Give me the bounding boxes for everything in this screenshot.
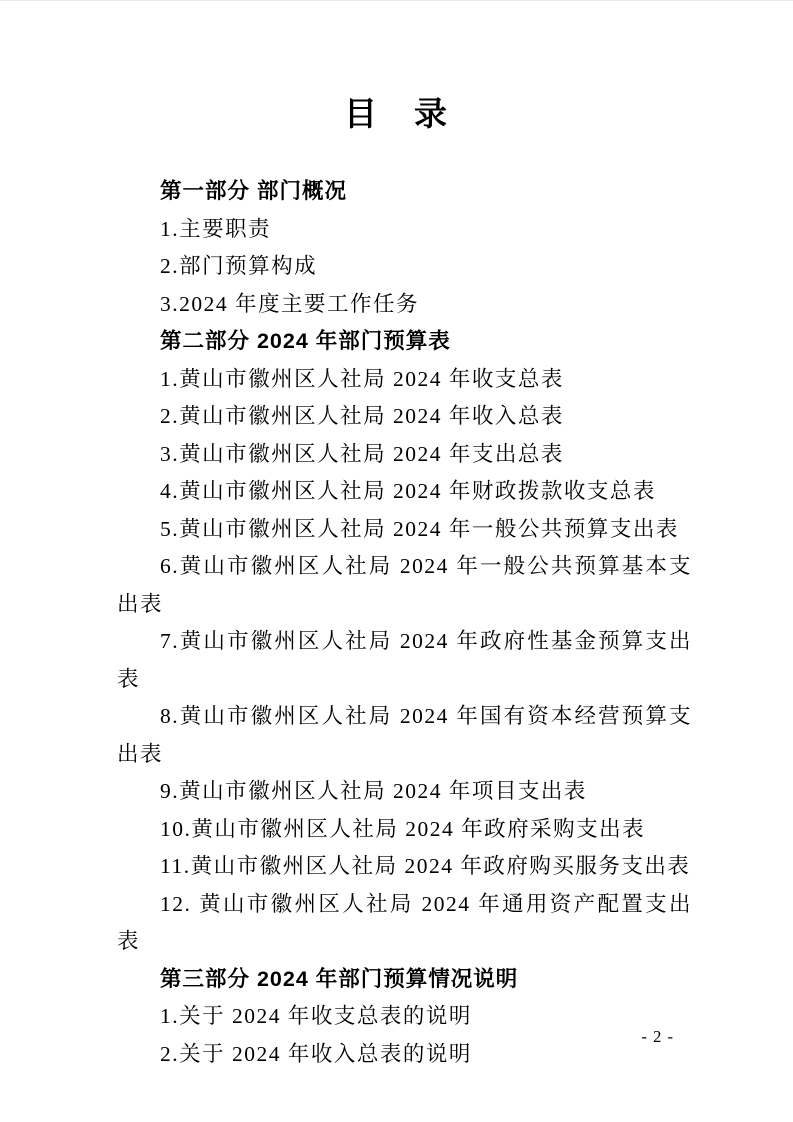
page-number: - 2 -: [642, 1026, 675, 1048]
toc-entry: 1.主要职责: [117, 211, 692, 249]
toc-entry: 10.黄山市徽州区人社局 2024 年政府采购支出表: [117, 811, 692, 849]
toc-entry: 4.黄山市徽州区人社局 2024 年财政拨款收支总表: [117, 473, 692, 511]
toc-section-heading: 第二部分 2024 年部门预算表: [117, 323, 692, 361]
table-of-contents: 第一部分 部门概况1.主要职责2.部门预算构成3.2024 年度主要工作任务第二…: [117, 173, 692, 1073]
toc-entry: 1.关于 2024 年收支总表的说明: [117, 998, 692, 1036]
toc-entry: 2.关于 2024 年收入总表的说明: [117, 1036, 692, 1074]
toc-entry: 6.黄山市徽州区人社局 2024 年一般公共预算基本支出表: [117, 548, 692, 623]
document-page: 目 录 第一部分 部门概况1.主要职责2.部门预算构成3.2024 年度主要工作…: [0, 0, 793, 1122]
toc-entry: 3.黄山市徽州区人社局 2024 年支出总表: [117, 436, 692, 474]
toc-entry: 8.黄山市徽州区人社局 2024 年国有资本经营预算支出表: [117, 698, 692, 773]
toc-entry: 12. 黄山市徽州区人社局 2024 年通用资产配置支出表: [117, 886, 692, 961]
toc-entry: 11.黄山市徽州区人社局 2024 年政府购买服务支出表: [117, 848, 692, 886]
toc-entry: 1.黄山市徽州区人社局 2024 年收支总表: [117, 361, 692, 399]
toc-entry: 2.部门预算构成: [117, 248, 692, 286]
toc-entry: 2.黄山市徽州区人社局 2024 年收入总表: [117, 398, 692, 436]
toc-section-heading: 第一部分 部门概况: [117, 173, 692, 211]
toc-entry: 9.黄山市徽州区人社局 2024 年项目支出表: [117, 773, 692, 811]
toc-section-heading: 第三部分 2024 年部门预算情况说明: [117, 961, 692, 999]
toc-entry: 3.2024 年度主要工作任务: [117, 286, 692, 324]
page-title: 目 录: [0, 94, 793, 134]
toc-entry: 5.黄山市徽州区人社局 2024 年一般公共预算支出表: [117, 511, 692, 549]
toc-entry: 7.黄山市徽州区人社局 2024 年政府性基金预算支出表: [117, 623, 692, 698]
